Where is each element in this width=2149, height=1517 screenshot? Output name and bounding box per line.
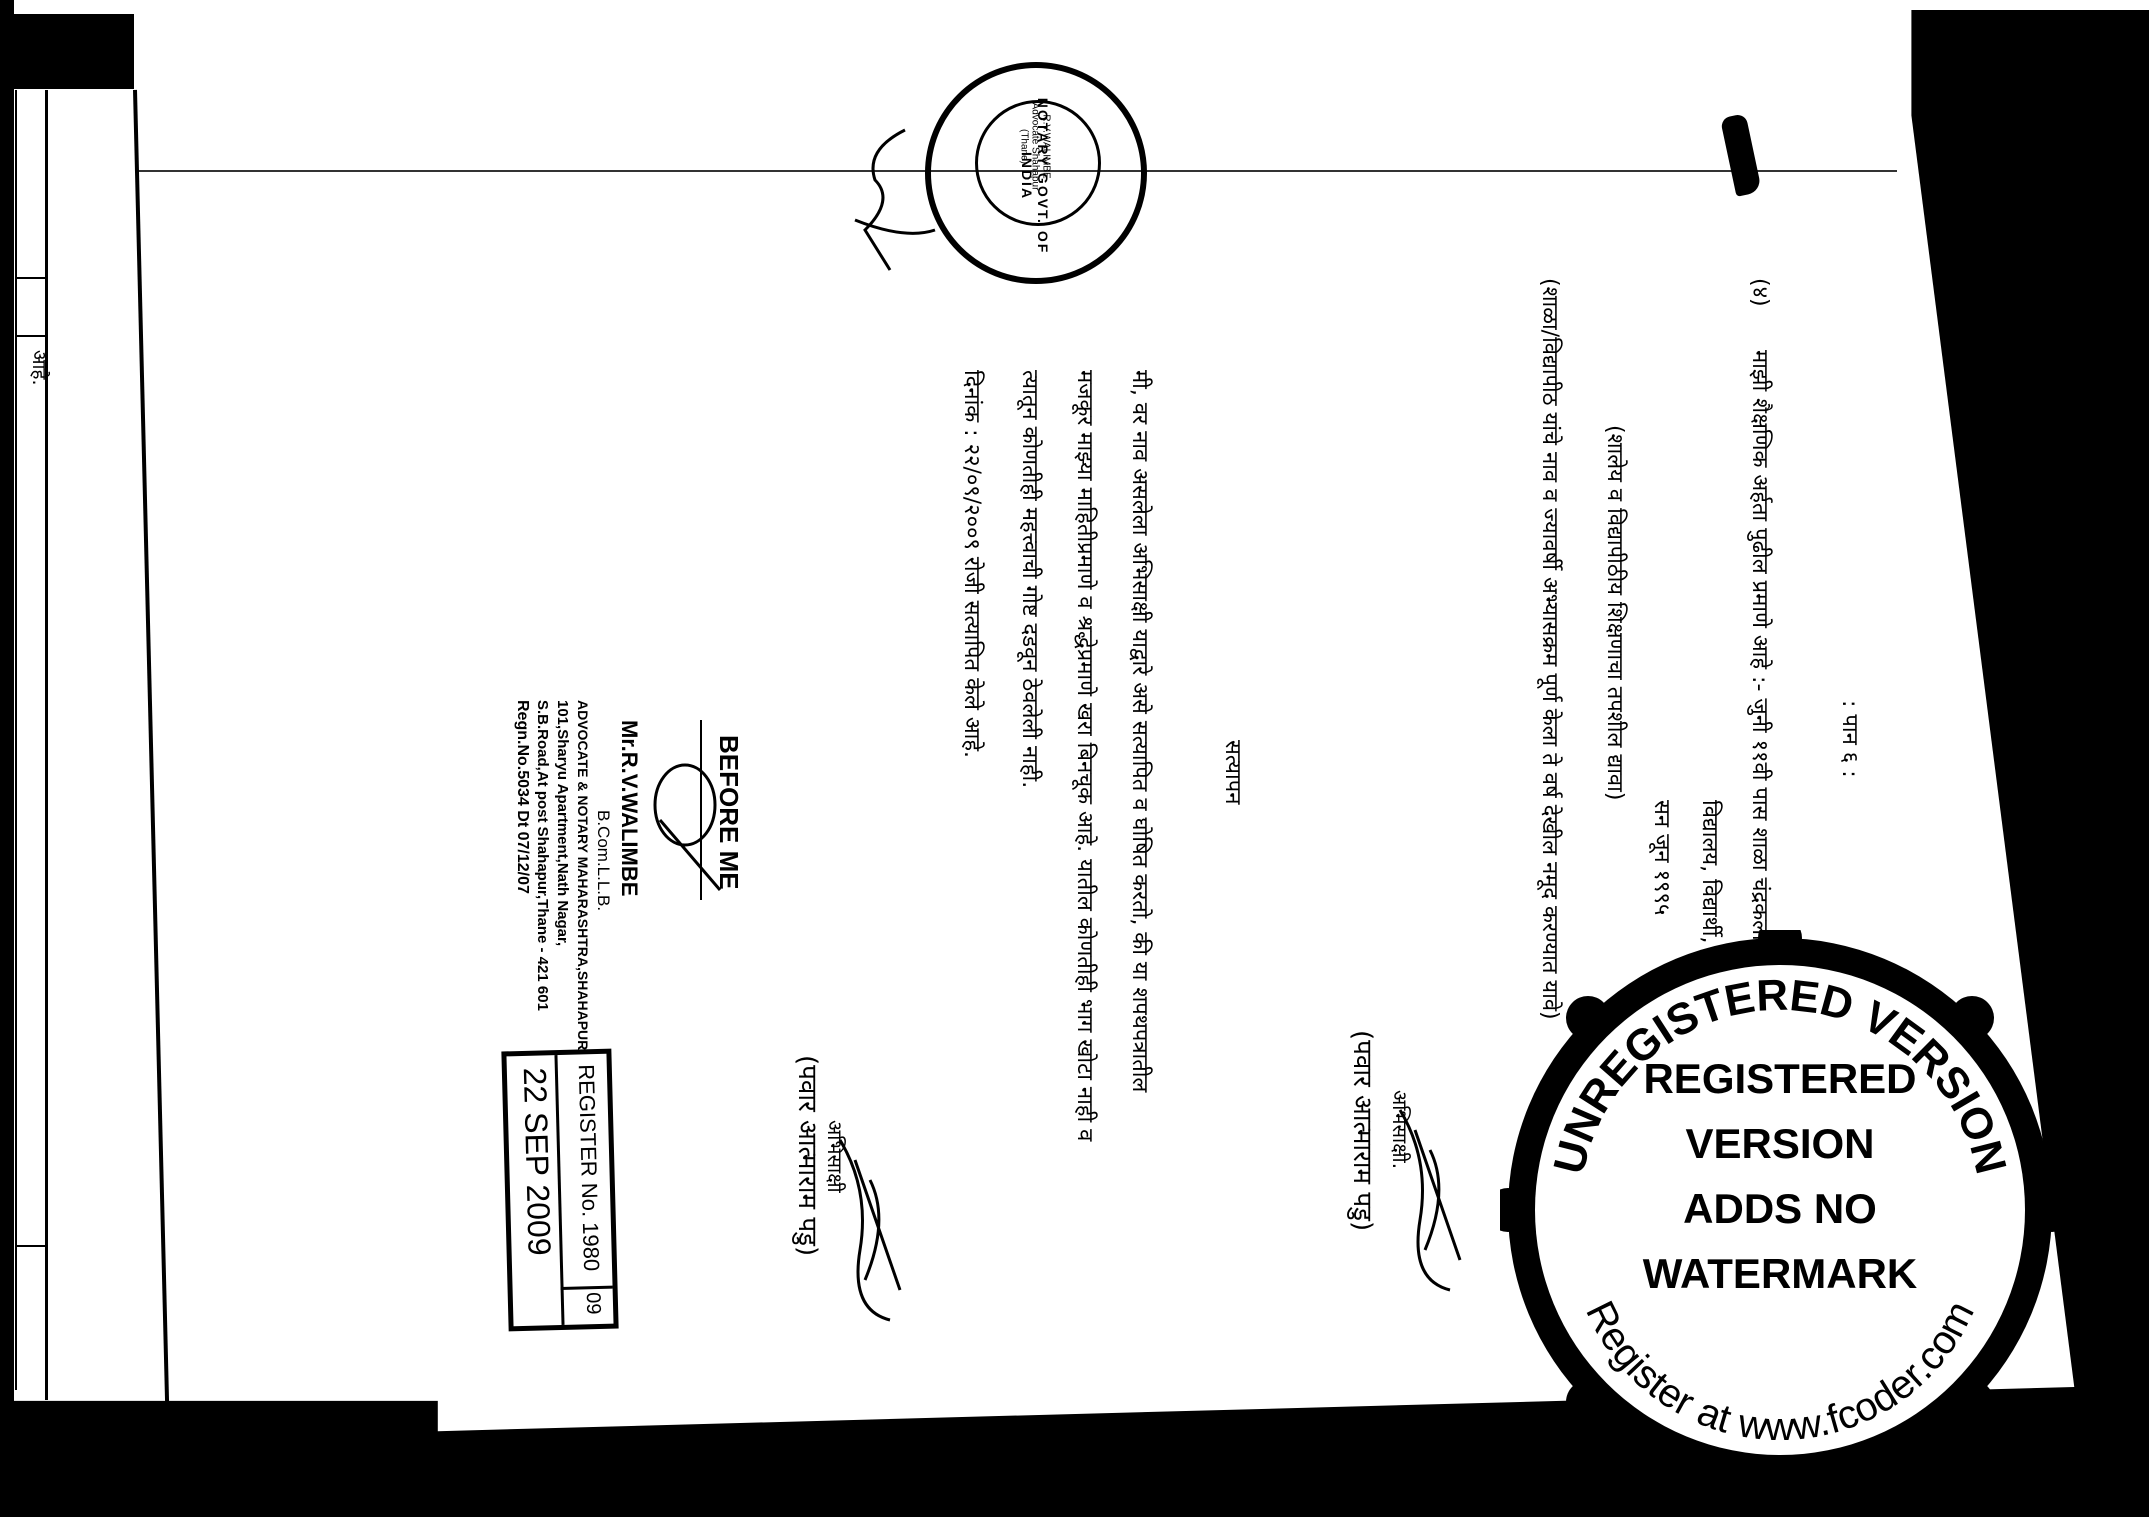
register-date: 22 SEP 2009 — [519, 1067, 556, 1256]
page-edge-line — [133, 90, 169, 1420]
table-rule — [15, 277, 47, 279]
verification-line-1: मी, वर नाव असलेला अभिसाक्षी याद्वारे असे… — [1128, 370, 1150, 1092]
page-edge-line-2 — [45, 90, 48, 1400]
signature-scribble — [1390, 1100, 1470, 1300]
notary-qualification: B.Com.L.L.B. — [595, 810, 612, 911]
pen-mark — [1720, 113, 1762, 197]
notary-title: ADVOCATE & NOTARY MAHARASHTRA,SHAHAPUR — [576, 700, 590, 1050]
left-column-text: आहे. — [29, 350, 48, 386]
verification-heading: सत्यापन — [1221, 740, 1243, 804]
register-label: REGISTER No. — [575, 1064, 601, 1217]
scan-border-top-left — [14, 14, 134, 89]
item-number: (४) — [1748, 278, 1770, 307]
watermark-line-1: REGISTERED — [1590, 1055, 1970, 1103]
signatory-name: (पवार आत्माराम पडु) — [1349, 1030, 1375, 1231]
page-edge-line-3 — [15, 90, 17, 1390]
verification-line-2: मजकूर माझ्या माहितीप्रमाणे व श्रद्धेप्रम… — [1073, 370, 1095, 1141]
register-stamp: REGISTER No. 1980 09 22 SEP 2009 — [501, 1049, 618, 1332]
watermark-line-3: ADDS NO — [1590, 1185, 1970, 1233]
notary-signature — [640, 760, 730, 900]
signature2-scribble — [830, 1130, 910, 1330]
notary-address-1: 101,Sharyu Apartment,Nath Nagar, — [555, 700, 570, 946]
scan-border-far-left — [0, 0, 14, 1517]
date-line: दिनांक : २२/०९/२००९ रोजी सत्यापित केले आ… — [960, 370, 982, 758]
education-note: (शालेय व विद्यापीठीय शिक्षणाचा तपशील द्य… — [1603, 425, 1625, 800]
register-year: 09 — [583, 1292, 604, 1315]
verification-line-3: त्यातून कोणतीही महत्त्वाची गोष्ट दडवून ठ… — [1018, 370, 1040, 788]
page-label: : पान ६ : — [1838, 700, 1860, 778]
education-line-3: सन जून १९९५ — [1650, 800, 1672, 915]
watermark-line-2: VERSION — [1590, 1120, 1970, 1168]
table-rule — [15, 1245, 47, 1247]
register-stamp-divider-2 — [561, 1286, 613, 1290]
signatory2-name: (पवार आत्माराम पडु) — [794, 1055, 820, 1256]
table-rule — [15, 335, 47, 337]
notary-name: Mr.R.V.WALIMBE — [618, 720, 640, 896]
notary-regn: Regn.No.5034 Dt 07/12/07 — [514, 700, 530, 894]
scanned-page: आहे. : पान ६ : (४) माझी शैक्षणिक अर्हता … — [0, 0, 2149, 1517]
register-number: 1980 — [579, 1222, 602, 1272]
notary-initial-signature — [845, 120, 945, 300]
notary-seal-ring-text: NOTARY GOVT. OF INDIA — [1019, 71, 1051, 281]
watermark-line-4: WATERMARK — [1590, 1250, 1970, 1298]
education-line-4: (शाळा/विद्यापीठ यांचे नाव व ज्यावर्षी अभ… — [1538, 278, 1560, 1020]
notary-address-2: S.B.Road,At post Shahapur,Thane - 421 60… — [535, 700, 550, 1011]
